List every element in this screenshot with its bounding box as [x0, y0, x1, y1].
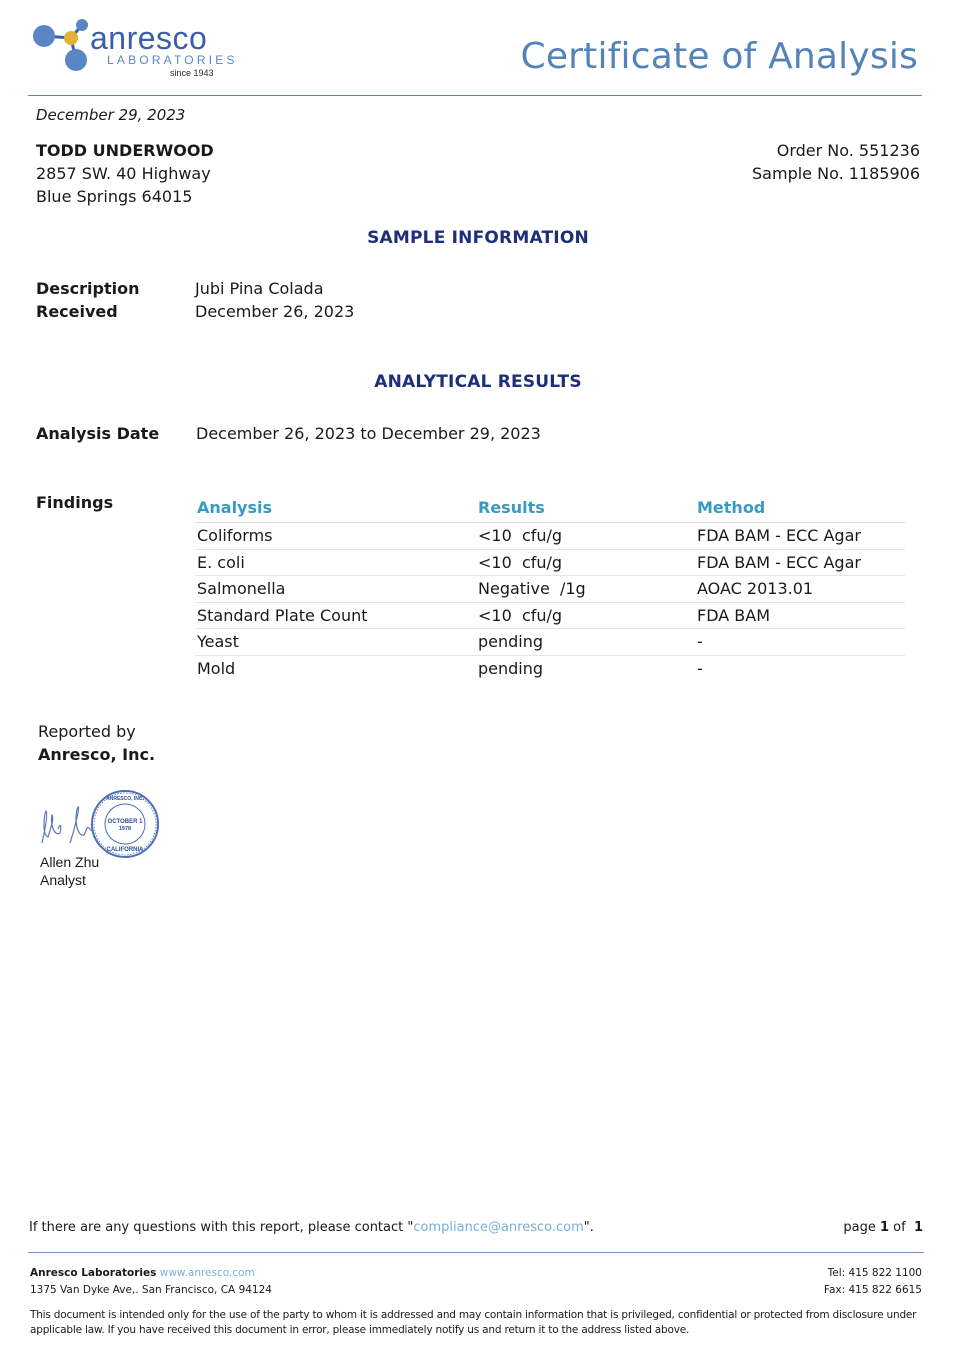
analysis-cell: Yeast [195, 632, 478, 651]
sample-number: Sample No. 1185906 [752, 162, 920, 185]
analysis-date-value: December 26, 2023 to December 29, 2023 [196, 424, 541, 443]
document-title: Certificate of Analysis [520, 36, 918, 77]
analysis-cell: Coliforms [195, 526, 478, 545]
column-method: Method [697, 498, 905, 517]
analysis-cell: E. coli [195, 553, 478, 572]
analysis-date-label: Analysis Date [36, 424, 159, 443]
table-row: Salmonella Negative /1g AOAC 2013.01 [195, 576, 905, 603]
corporate-seal-icon: OCTOBER 1 1978 CALIFORNIA ANRESCO, INC. [90, 789, 160, 859]
molecule-icon [30, 18, 92, 74]
table-row: Coliforms <10 cfu/g FDA BAM - ECC Agar [195, 523, 905, 550]
result-cell: pending [478, 659, 697, 678]
svg-text:OCTOBER 1: OCTOBER 1 [108, 819, 144, 825]
website-link[interactable]: www.anresco.com [160, 1267, 255, 1279]
svg-text:CALIFORNIA: CALIFORNIA [107, 847, 145, 853]
analyst: Allen Zhu Analyst [40, 853, 99, 889]
footer-company: Anresco Laboratories www.anresco.com 137… [30, 1265, 272, 1299]
result-cell: <10 cfu/g [478, 606, 697, 625]
footer-divider [28, 1252, 924, 1253]
table-header: Analysis Results Method [195, 492, 905, 523]
logo-since: since 1943 [170, 68, 214, 78]
page-of: of [893, 1220, 906, 1235]
page-indicator: page 1 of 1 [843, 1220, 923, 1235]
analysis-cell: Standard Plate Count [195, 606, 478, 625]
order-number: Order No. 551236 [752, 139, 920, 162]
logo-subtitle: LABORATORIES [107, 53, 238, 67]
order-info: Order No. 551236 Sample No. 1185906 [752, 139, 920, 185]
result-cell: <10 cfu/g [478, 526, 697, 545]
svg-text:1978: 1978 [119, 826, 131, 832]
footer-company-name: Anresco Laboratories [30, 1267, 156, 1279]
reported-by: Reported by Anresco, Inc. [38, 720, 155, 766]
analyst-title: Analyst [40, 871, 99, 889]
received-label: Received [36, 302, 118, 321]
footer-address: 1375 Van Dyke Ave,. San Francisco, CA 94… [30, 1282, 272, 1299]
client-address-line2: Blue Springs 64015 [36, 185, 214, 208]
column-results: Results [478, 498, 697, 517]
anresco-logo: anresco LABORATORIES since 1943 [30, 18, 240, 80]
findings-table: Analysis Results Method Coliforms <10 cf… [195, 492, 905, 681]
method-cell: FDA BAM [697, 606, 905, 625]
client-name: TODD UNDERWOOD [36, 139, 214, 162]
method-cell: - [697, 659, 905, 678]
page-word: page [843, 1220, 875, 1235]
reporting-company: Anresco, Inc. [38, 743, 155, 766]
received-value: December 26, 2023 [195, 302, 354, 321]
analyst-name: Allen Zhu [40, 853, 99, 871]
method-cell: FDA BAM - ECC Agar [697, 553, 905, 572]
table-row: E. coli <10 cfu/g FDA BAM - ECC Agar [195, 550, 905, 577]
svg-text:ANRESCO, INC.: ANRESCO, INC. [106, 796, 144, 802]
page-current: 1 [880, 1220, 889, 1235]
reported-by-label: Reported by [38, 720, 155, 743]
method-cell: - [697, 632, 905, 651]
column-analysis: Analysis [195, 498, 478, 517]
table-row: Standard Plate Count <10 cfu/g FDA BAM [195, 603, 905, 630]
page-total: 1 [914, 1220, 923, 1235]
description-value: Jubi Pina Colada [195, 279, 324, 298]
findings-label: Findings [36, 493, 113, 512]
footer-fax: Fax: 415 822 6615 [824, 1282, 922, 1299]
client-address-line1: 2857 SW. 40 Highway [36, 162, 214, 185]
footer-tel: Tel: 415 822 1100 [824, 1265, 922, 1282]
table-row: Mold pending - [195, 656, 905, 682]
contact-suffix: ". [584, 1220, 594, 1235]
result-cell: Negative /1g [478, 579, 697, 598]
method-cell: AOAC 2013.01 [697, 579, 905, 598]
analysis-cell: Salmonella [195, 579, 478, 598]
method-cell: FDA BAM - ECC Agar [697, 526, 905, 545]
compliance-email-link[interactable]: compliance@anresco.com [413, 1220, 583, 1235]
client-address: TODD UNDERWOOD 2857 SW. 40 Highway Blue … [36, 139, 214, 208]
description-label: Description [36, 279, 139, 298]
table-row: Yeast pending - [195, 629, 905, 656]
header-divider [28, 95, 922, 96]
logo-wordmark: anresco [90, 20, 207, 57]
analytical-results-heading: ANALYTICAL RESULTS [0, 372, 956, 392]
contact-prefix: If there are any questions with this rep… [29, 1220, 413, 1235]
contact-note: If there are any questions with this rep… [29, 1220, 594, 1235]
result-cell: <10 cfu/g [478, 553, 697, 572]
report-date: December 29, 2023 [36, 106, 185, 124]
result-cell: pending [478, 632, 697, 651]
footer-phone: Tel: 415 822 1100 Fax: 415 822 6615 [824, 1265, 922, 1299]
analysis-cell: Mold [195, 659, 478, 678]
disclaimer: This document is intended only for the u… [30, 1308, 920, 1338]
sample-information-heading: SAMPLE INFORMATION [0, 228, 956, 248]
